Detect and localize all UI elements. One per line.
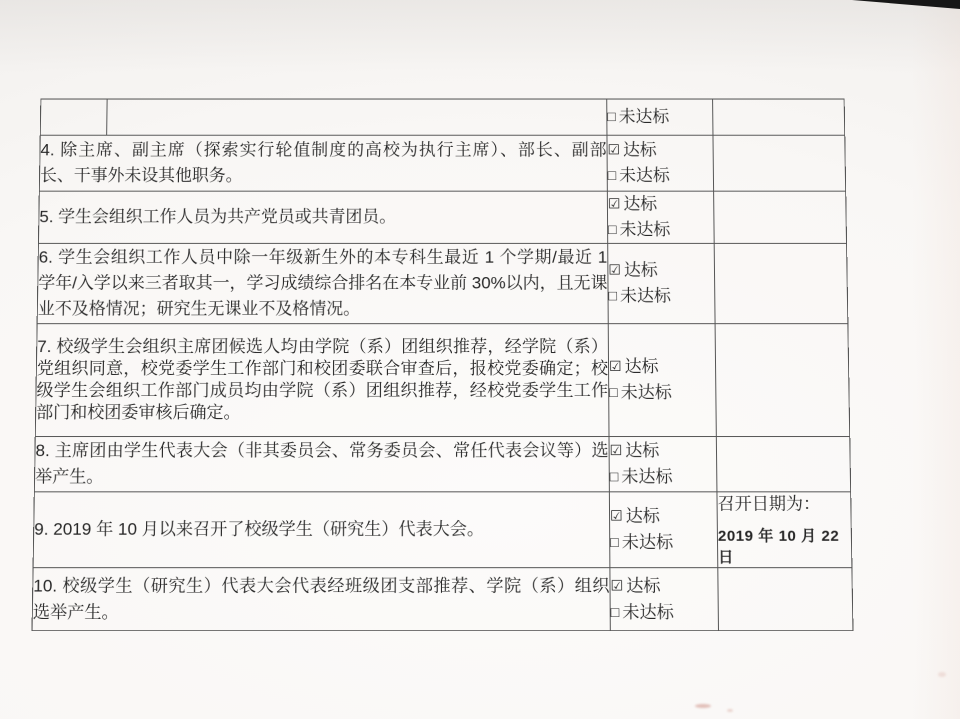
not-achieved-label: 未达标 xyxy=(620,286,671,305)
note-cell-10 xyxy=(718,568,853,631)
achieved-label: 达标 xyxy=(625,441,659,460)
checked-checkbox-icon: ☑ xyxy=(610,577,623,593)
criterion-text-7: 7. 校级学生会组织主席团候选人均由学院（系）团组织推荐，经学院（系）党组织同意… xyxy=(35,324,609,437)
criterion-text-9: 9. 2019 年 10 月以来召开了校级学生（研究生）代表大会。 xyxy=(33,492,610,568)
note-cell-8 xyxy=(716,437,850,492)
status-cell-8: ☑达标 □未达标 xyxy=(609,437,717,492)
criterion-text-8: 8. 主席团由学生代表大会（非其委员会、常务委员会、常任代表会议等）选举产生。 xyxy=(34,437,609,492)
criterion-text-6: 6. 学生会组织工作人员中除一年级新生外的本专科生最近 1 个学期/最近 1 学… xyxy=(37,243,608,323)
not-achieved-label: 未达标 xyxy=(619,220,670,239)
table-row-carryover: □未达标 xyxy=(40,99,844,135)
achieved-label: 达标 xyxy=(623,195,657,214)
scan-speck xyxy=(938,672,946,677)
table-row-item-8: 8. 主席团由学生代表大会（非其委员会、常务委员会、常任代表会议等）选举产生。 … xyxy=(34,437,850,492)
not-achieved-label: 未达标 xyxy=(621,467,672,486)
table-row-item-4: 4. 除主席、副主席（探索实行轮值制度的高校为执行主席）、部长、副部长、干事外未… xyxy=(39,135,845,191)
status-option-not-achieved: □未达标 xyxy=(610,530,717,556)
checked-checkbox-icon: ☑ xyxy=(608,196,621,212)
criterion-text-4: 4. 除主席、副主席（探索实行轮值制度的高校为执行主席）、部长、副部长、干事外未… xyxy=(39,135,607,191)
unchecked-checkbox-icon: □ xyxy=(608,221,617,237)
not-achieved-label: 未达标 xyxy=(622,602,674,621)
status-option-not-achieved: □未达标 xyxy=(610,464,717,490)
meeting-date-label: 召开日期为： xyxy=(717,492,850,516)
checked-checkbox-icon: ☑ xyxy=(610,507,623,523)
unchecked-checkbox-icon: □ xyxy=(607,108,615,124)
not-achieved-label: 未达标 xyxy=(619,166,670,185)
table-row-item-10: 10. 校级学生（研究生）代表大会代表经班级团支部推荐、学院（系）组织选举产生。… xyxy=(32,568,853,631)
not-achieved-label: 未达标 xyxy=(619,107,670,126)
note-cell-5 xyxy=(714,191,847,243)
status-cell-5: ☑达标 □未达标 xyxy=(607,191,714,243)
status-option-achieved: ☑达标 xyxy=(608,192,714,218)
criterion-text-5: 5. 学生会组织工作人员为共产党员或共青团员。 xyxy=(38,191,607,243)
not-achieved-label: 未达标 xyxy=(621,383,672,402)
photo-corner-shadow xyxy=(852,0,960,9)
status-cell-4: ☑达标 □未达标 xyxy=(607,135,714,191)
checked-checkbox-icon: ☑ xyxy=(610,442,623,458)
status-cell-carryover: □未达标 xyxy=(607,99,713,135)
checked-checkbox-icon: ☑ xyxy=(608,262,621,278)
table-row-item-6: 6. 学生会组织工作人员中除一年级新生外的本专科生最近 1 个学期/最近 1 学… xyxy=(37,243,848,323)
status-option-not-achieved: □未达标 xyxy=(611,599,718,625)
checked-checkbox-icon: ☑ xyxy=(608,142,621,158)
status-option-not-achieved: □未达标 xyxy=(608,283,714,309)
achieved-label: 达标 xyxy=(626,506,660,525)
assessment-table: □未达标 4. 除主席、副主席（探索实行轮值制度的高校为执行主席）、部长、副部长… xyxy=(32,99,854,632)
note-cell-6 xyxy=(714,243,848,323)
status-option-achieved: ☑达标 xyxy=(607,138,712,163)
note-cell-4 xyxy=(713,135,846,191)
note-cell-9: 召开日期为： 2019 年 10 月 22 日 xyxy=(717,492,852,568)
achieved-label: 达标 xyxy=(625,357,659,376)
checked-checkbox-icon: ☑ xyxy=(609,358,622,374)
status-option-not-achieved: □未达标 xyxy=(607,104,712,129)
status-cell-9: ☑达标 □未达标 xyxy=(609,492,717,568)
unchecked-checkbox-icon: □ xyxy=(608,167,617,183)
scan-speck xyxy=(727,709,733,712)
unchecked-checkbox-icon: □ xyxy=(608,287,617,303)
empty-index-cell xyxy=(40,99,107,135)
status-option-achieved: ☑达标 xyxy=(610,438,717,464)
criterion-text-10: 10. 校级学生（研究生）代表大会代表经班级团支部推荐、学院（系）组织选举产生。 xyxy=(32,568,610,631)
status-option-not-achieved: □未达标 xyxy=(608,217,714,243)
table-row-item-5: 5. 学生会组织工作人员为共产党员或共青团员。 ☑达标 □未达标 xyxy=(38,191,846,243)
status-cell-10: ☑达标 □未达标 xyxy=(610,568,719,631)
unchecked-checkbox-icon: □ xyxy=(610,534,619,550)
not-achieved-label: 未达标 xyxy=(622,533,674,552)
status-cell-7: ☑达标 □未达标 xyxy=(608,324,716,437)
unchecked-checkbox-icon: □ xyxy=(610,468,619,484)
achieved-label: 达标 xyxy=(624,261,658,280)
criterion-text-carryover xyxy=(107,99,607,135)
status-option-achieved: ☑达标 xyxy=(610,503,717,529)
achieved-label: 达标 xyxy=(626,576,660,595)
status-option-achieved: ☑达标 xyxy=(610,573,717,599)
scan-speck xyxy=(695,704,711,708)
table-row-item-9: 9. 2019 年 10 月以来召开了校级学生（研究生）代表大会。 ☑达标 □未… xyxy=(33,492,852,568)
scanned-page: □未达标 4. 除主席、副主席（探索实行轮值制度的高校为执行主席）、部长、副部长… xyxy=(0,0,960,719)
note-cell-7 xyxy=(715,324,850,437)
achieved-label: 达标 xyxy=(623,141,657,160)
status-option-achieved: ☑达标 xyxy=(609,354,715,380)
unchecked-checkbox-icon: □ xyxy=(609,384,618,400)
note-cell-carryover xyxy=(713,99,845,135)
status-option-achieved: ☑达标 xyxy=(608,258,714,284)
meeting-date-value: 2019 年 10 月 22 日 xyxy=(718,525,852,568)
status-option-not-achieved: □未达标 xyxy=(609,380,715,406)
unchecked-checkbox-icon: □ xyxy=(611,603,620,619)
table-row-item-7: 7. 校级学生会组织主席团候选人均由学院（系）团组织推荐，经学院（系）党组织同意… xyxy=(35,324,849,437)
status-option-not-achieved: □未达标 xyxy=(608,163,713,189)
status-cell-6: ☑达标 □未达标 xyxy=(608,243,715,323)
